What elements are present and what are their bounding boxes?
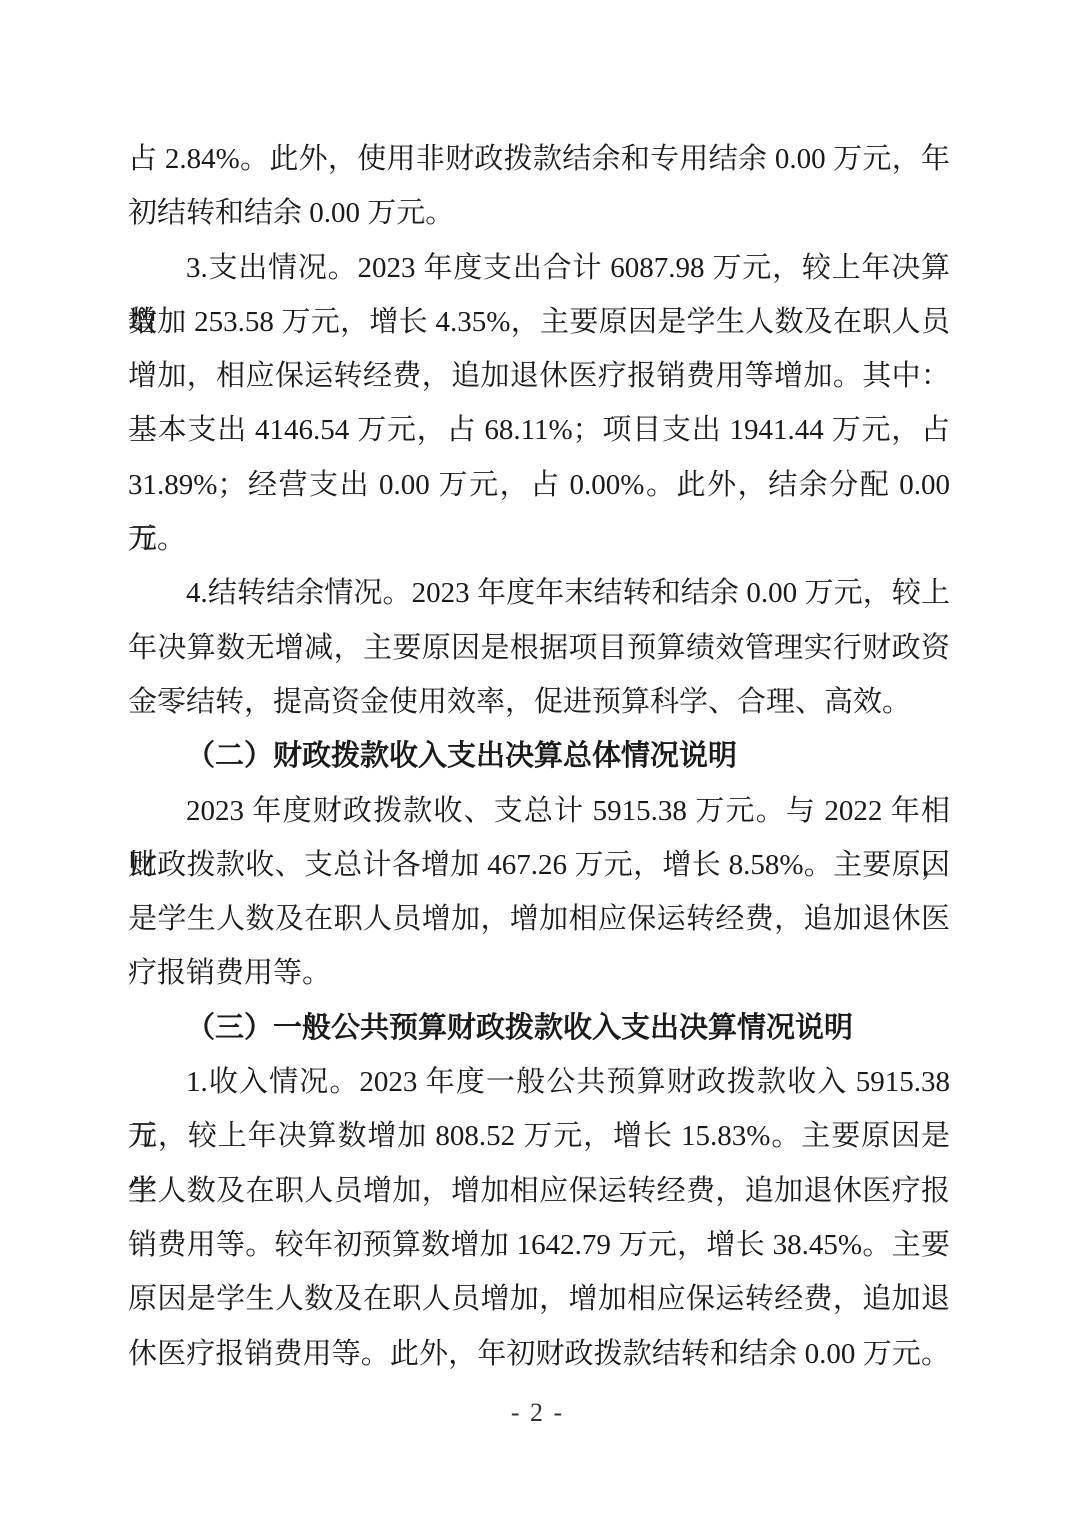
- body-line: 金零结转，提高资金使用效率，促进预算科学、合理、高效。: [128, 675, 950, 729]
- body-line: 3.支出情况。2023 年度支出合计 6087.98 万元，较上年决算数: [128, 241, 950, 295]
- body-line: 占 2.84%。此外，使用非财政拨款结余和专用结余 0.00 万元，年: [128, 132, 950, 186]
- body-line: 4.结转结余情况。2023 年度年末结转和结余 0.00 万元，较上: [128, 566, 950, 620]
- body-line: 31.89%；经营支出 0.00 万元，占 0.00%。此外，结余分配 0.00…: [128, 458, 950, 512]
- body-line: 2023 年度财政拨款收、支总计 5915.38 万元。与 2022 年相比，: [128, 784, 950, 838]
- body-line: 原因是学生人数及在职人员增加，增加相应保运转经费，追加退: [128, 1272, 950, 1326]
- body-line: 年决算数无增减，主要原因是根据项目预算绩效管理实行财政资: [128, 621, 950, 675]
- document-page: 占 2.84%。此外，使用非财政拨款结余和专用结余 0.00 万元，年 初结转和…: [0, 0, 1075, 1520]
- body-line: 1.收入情况。2023 年度一般公共预算财政拨款收入 5915.38 万: [128, 1055, 950, 1109]
- page-number: - 2 -: [511, 1398, 564, 1427]
- body-line: 元，较上年决算数增加 808.52 万元，增长 15.83%。主要原因是学: [128, 1109, 950, 1163]
- body-line: 休医疗报销费用等。此外，年初财政拨款结转和结余 0.00 万元。: [128, 1327, 950, 1381]
- body-line: 疗报销费用等。: [128, 946, 950, 1000]
- body-line: 基本支出 4146.54 万元，占 68.11%；项目支出 1941.44 万元…: [128, 403, 950, 457]
- section-heading: （二）财政拨款收入支出决算总体情况说明: [128, 729, 950, 783]
- body-line: 增加 253.58 万元，增长 4.35%，主要原因是学生人数及在职人员: [128, 295, 950, 349]
- section-heading: （三）一般公共预算财政拨款收入支出决算情况说明: [128, 1001, 950, 1055]
- page-body: 占 2.84%。此外，使用非财政拨款结余和专用结余 0.00 万元，年 初结转和…: [128, 132, 950, 1381]
- body-line: 初结转和结余 0.00 万元。: [128, 186, 950, 240]
- body-line: 元。: [128, 512, 950, 566]
- body-line: 增加，相应保运转经费，追加退休医疗报销费用等增加。其中：: [128, 349, 950, 403]
- body-line: 财政拨款收、支总计各增加 467.26 万元，增长 8.58%。主要原因: [128, 838, 950, 892]
- body-line: 生人数及在职人员增加，增加相应保运转经费，追加退休医疗报: [128, 1164, 950, 1218]
- page-footer: - 2 -: [0, 1398, 1075, 1428]
- body-line: 销费用等。较年初预算数增加 1642.79 万元，增长 38.45%。主要: [128, 1218, 950, 1272]
- body-line: 是学生人数及在职人员增加，增加相应保运转经费，追加退休医: [128, 892, 950, 946]
